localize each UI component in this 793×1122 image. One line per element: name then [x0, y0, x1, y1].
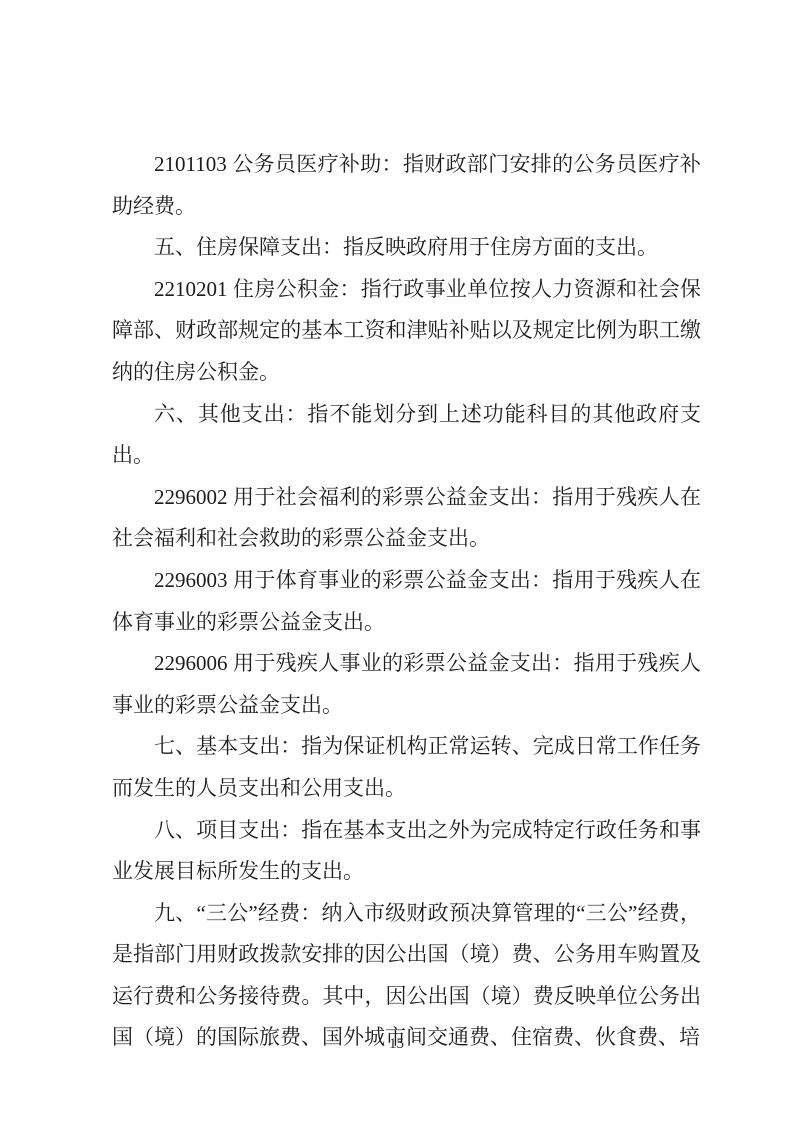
- paragraph-5-housing-security-expenditure: 五、住房保障支出：指反映政府用于住房方面的支出。: [112, 227, 701, 269]
- paragraph-2296002-social-welfare-lottery-fund: 2296002 用于社会福利的彩票公益金支出：指用于残疾人在社会福利和社会救助的…: [112, 477, 701, 560]
- document-body: 2101103 公务员医疗补助：指财政部门安排的公务员医疗补助经费。 五、住房保…: [112, 144, 701, 1059]
- document-page: 2101103 公务员医疗补助：指财政部门安排的公务员医疗补助经费。 五、住房保…: [0, 0, 793, 1122]
- paragraph-2101103-civil-servant-medical-subsidy: 2101103 公务员医疗补助：指财政部门安排的公务员医疗补助经费。: [112, 144, 701, 227]
- page-number: 15: [0, 1036, 793, 1053]
- paragraph-2296006-disabled-persons-lottery-fund: 2296006 用于残疾人事业的彩票公益金支出：指用于残疾人事业的彩票公益金支出…: [112, 643, 701, 726]
- paragraph-2210201-housing-provident-fund: 2210201 住房公积金：指行政事业单位按人力资源和社会保障部、财政部规定的基…: [112, 269, 701, 394]
- paragraph-9-three-public-funds: 九、“三公”经费：纳入市级财政预决算管理的“三公”经费，是指部门用财政拨款安排的…: [112, 893, 701, 1059]
- paragraph-7-basic-expenditure: 七、基本支出：指为保证机构正常运转、完成日常工作任务而发生的人员支出和公用支出。: [112, 726, 701, 809]
- paragraph-8-project-expenditure: 八、项目支出：指在基本支出之外为完成特定行政任务和事业发展目标所发生的支出。: [112, 810, 701, 893]
- paragraph-2296003-sports-lottery-fund: 2296003 用于体育事业的彩票公益金支出：指用于残疾人在体育事业的彩票公益金…: [112, 560, 701, 643]
- paragraph-6-other-expenditure: 六、其他支出：指不能划分到上述功能科目的其他政府支出。: [112, 394, 701, 477]
